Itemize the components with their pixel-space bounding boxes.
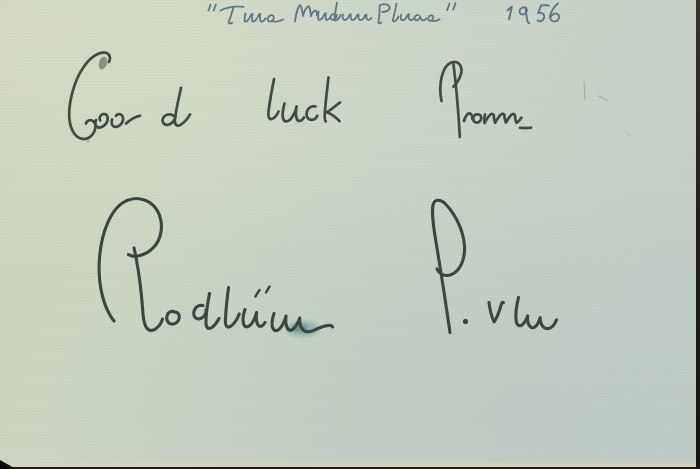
- paper-speck: [87, 140, 90, 143]
- quote-close-mark: [447, 4, 449, 11]
- scan-edge-right: [696, 0, 700, 469]
- page-bottom-edge-highlight: [0, 460, 700, 467]
- accent-tick: [256, 290, 260, 297]
- word-luck: [268, 78, 340, 122]
- handwriting-layer: " Time Murderer Please ": [0, 0, 700, 469]
- signature-first-name-handwriting: Rodney: [99, 199, 333, 332]
- quote-open-mark: [208, 5, 210, 11]
- caption-handwriting: " Time Murderer Please ": [208, 3, 455, 24]
- faint-marks: [584, 82, 630, 136]
- signature-last-name-handwriting: Powell: [432, 200, 556, 332]
- autograph-page: " Time Murderer Please ": [0, 0, 700, 469]
- word-from: [440, 62, 531, 137]
- year-handwriting: 1956: [508, 4, 560, 24]
- ink-dot: [463, 319, 468, 324]
- word-good: [69, 53, 190, 143]
- quote-close-mark: [453, 3, 455, 10]
- ink-pool: [97, 56, 109, 71]
- accent-tick: [266, 287, 270, 293]
- inscription-handwriting: Good luck from: [69, 53, 531, 143]
- quote-open-mark: [214, 5, 216, 11]
